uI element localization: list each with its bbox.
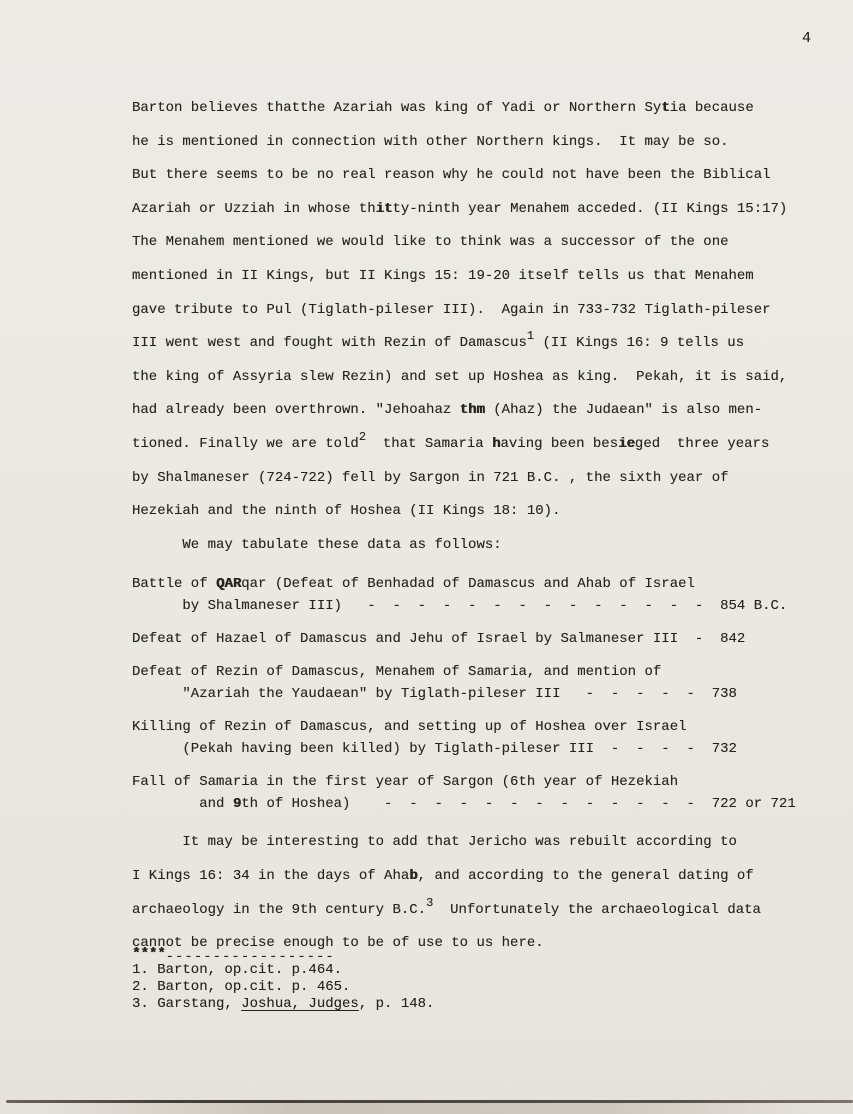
text-line: he is mentioned in connection with other… bbox=[132, 126, 832, 160]
text-line: and 9th of Hoshea) - - - - - - - - - - -… bbox=[132, 793, 832, 815]
table-entry: Defeat of Hazael of Damascus and Jehu of… bbox=[132, 628, 832, 650]
text-line: I Kings 16: 34 in the days of Ahab, and … bbox=[132, 860, 832, 894]
table-entry: Killing of Rezin of Damascus, and settin… bbox=[132, 716, 832, 760]
text-line: by Shalmaneser (724-722) fell by Sargon … bbox=[132, 462, 832, 496]
text-line: archaeology in the 9th century B.C.3 Unf… bbox=[132, 894, 832, 928]
text-line: Hezekiah and the ninth of Hoshea (II Kin… bbox=[132, 495, 832, 529]
document-page: 4 Barton believes thatthe Azariah was ki… bbox=[0, 0, 853, 1114]
paragraph-1: Barton believes thatthe Azariah was king… bbox=[132, 92, 832, 529]
text-line: But there seems to be no real reason why… bbox=[132, 159, 832, 193]
text-line: The Menahem mentioned we would like to t… bbox=[132, 226, 832, 260]
text-line: Battle of QARqar (Defeat of Benhadad of … bbox=[132, 573, 832, 595]
text-line: by Shalmaneser III) - - - - - - - - - - … bbox=[132, 595, 832, 617]
text-line: gave tribute to Pul (Tiglath-pileser III… bbox=[132, 294, 832, 328]
text-line: (Pekah having been killed) by Tiglath-pi… bbox=[132, 738, 832, 760]
text-line: Killing of Rezin of Damascus, and settin… bbox=[132, 716, 832, 738]
text-line: "Azariah the Yaudaean" by Tiglath-pilese… bbox=[132, 683, 832, 705]
page-number: 4 bbox=[802, 30, 811, 47]
text-line: had already been overthrown. "Jehoahaz t… bbox=[132, 394, 832, 428]
text-line: Azariah or Uzziah in whose thitty-ninth … bbox=[132, 193, 832, 227]
table-entry: Fall of Samaria in the first year of Sar… bbox=[132, 771, 832, 815]
paragraph-2: It may be interesting to add that Jerich… bbox=[132, 826, 832, 960]
text-line: Barton believes thatthe Azariah was king… bbox=[132, 92, 832, 126]
chronology-table: Battle of QARqar (Defeat of Benhadad of … bbox=[132, 573, 832, 815]
text-line: tioned. Finally we are told2 that Samari… bbox=[132, 428, 832, 462]
tabulate-intro: We may tabulate these data as follows: bbox=[132, 529, 832, 563]
scan-edge-smudge bbox=[0, 1103, 853, 1114]
text-line: the king of Assyria slew Rezin) and set … bbox=[132, 361, 832, 395]
text-line: Defeat of Hazael of Damascus and Jehu of… bbox=[132, 628, 832, 650]
table-entry: Defeat of Rezin of Damascus, Menahem of … bbox=[132, 661, 832, 705]
text-line: 3. Garstang, Joshua, Judges, p. 148. bbox=[132, 996, 832, 1013]
footnote-list: 1. Barton, op.cit. p.464.2. Barton, op.c… bbox=[132, 962, 832, 1013]
text-line: Fall of Samaria in the first year of Sar… bbox=[132, 771, 832, 793]
text-line: 2. Barton, op.cit. p. 465. bbox=[132, 979, 832, 996]
text-line: It may be interesting to add that Jerich… bbox=[132, 826, 832, 860]
table-entry: Battle of QARqar (Defeat of Benhadad of … bbox=[132, 573, 832, 617]
text-line: III went west and fought with Rezin of D… bbox=[132, 327, 832, 361]
body-text: Barton believes thatthe Azariah was king… bbox=[132, 92, 832, 1013]
text-line: Defeat of Rezin of Damascus, Menahem of … bbox=[132, 661, 832, 683]
text-line: mentioned in II Kings, but II Kings 15: … bbox=[132, 260, 832, 294]
